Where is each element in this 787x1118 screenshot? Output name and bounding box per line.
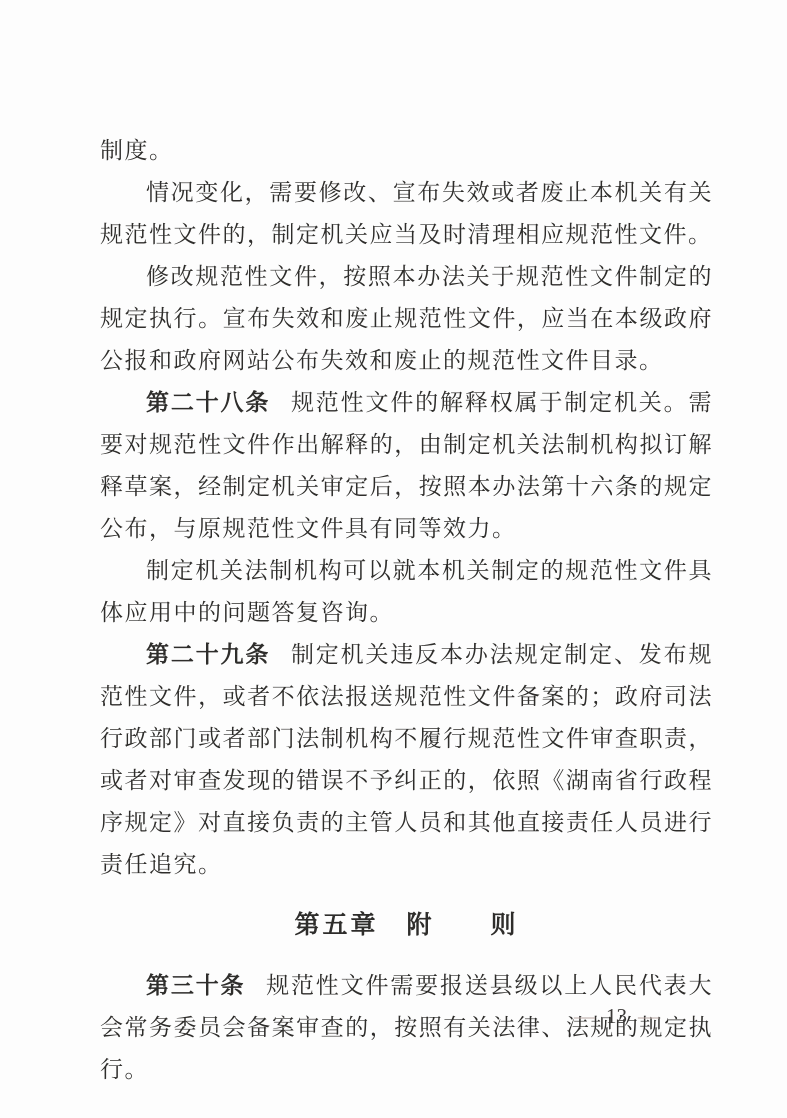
article-29-text: 制定机关违反本办法规定制定、发布规范性文件，或者不依法报送规范性文件备案的；政府… [100,642,713,877]
article-29-label: 第二十九条 [146,642,270,667]
page-footer: —13— [563,1004,670,1029]
page-number: 13 [606,1004,627,1028]
article-30-label: 第三十条 [146,973,245,998]
paragraph-modify: 修改规范性文件，按照本办法关于规范性文件制定的规定执行。宣布失效和废止规范性文件… [100,256,713,382]
document-body: 制度。 情况变化，需要修改、宣布失效或者废止本机关有关规范性文件的，制定机关应当… [100,130,713,1091]
footer-left-dash: — [574,1004,595,1028]
document-page: 制度。 情况变化，需要修改、宣布失效或者废止本机关有关规范性文件的，制定机关应当… [0,0,787,1118]
paragraph-article-29: 第二十九条制定机关违反本办法规定制定、发布规范性文件，或者不依法报送规范性文件备… [100,634,713,886]
paragraph-consult: 制定机关法制机构可以就本机关制定的规范性文件具体应用中的问题答复咨询。 [100,550,713,634]
article-28-label: 第二十八条 [146,390,270,415]
chapter-5-heading: 第五章 附 则 [100,886,713,965]
paragraph-continuation: 制度。 [100,130,713,172]
paragraph-article-28: 第二十八条规范性文件的解释权属于制定机关。需要对规范性文件作出解释的，由制定机关… [100,382,713,550]
paragraph-cleanup: 情况变化，需要修改、宣布失效或者废止本机关有关规范性文件的，制定机关应当及时清理… [100,172,713,256]
footer-right-dash: — [638,1004,659,1028]
